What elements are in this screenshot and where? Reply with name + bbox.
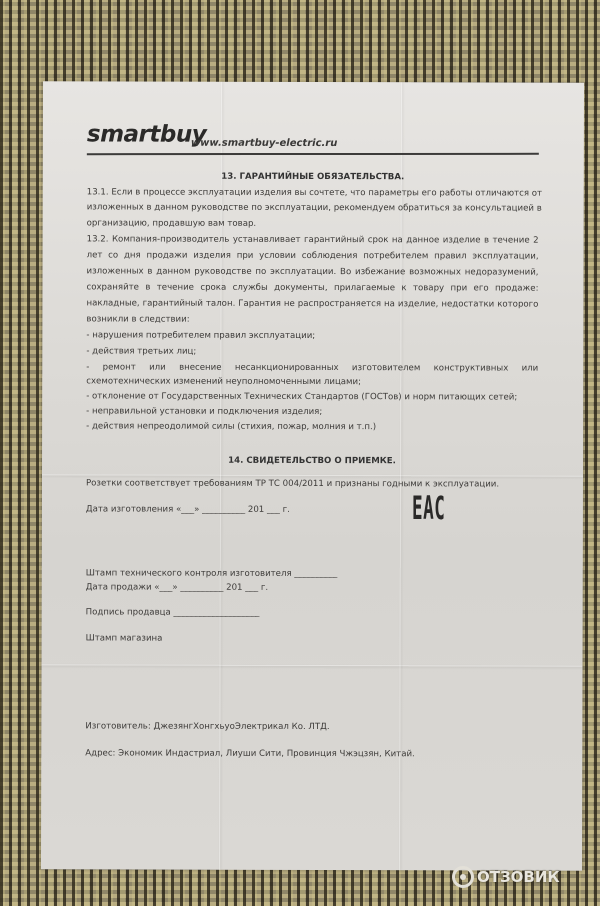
seller-signature-field: Подпись продавца ____________________ <box>86 607 538 618</box>
paper-fold <box>42 474 583 476</box>
manufacturer-address: Адрес: Экономик Индастриал, Лиуши Сити, … <box>85 748 537 759</box>
text-line: - действия непреодолимой силы (стихия, п… <box>86 421 538 432</box>
text-line: - действия третьих лиц; <box>86 346 538 357</box>
text-line: - неправильной установки и подключения и… <box>86 406 538 417</box>
manufacturer-info: Изготовитель: ДжезянгХонгхьуоЭлектрикал … <box>85 721 537 732</box>
brand-website: www.smartbuy-electric.ru <box>191 138 338 149</box>
text-line: 13.2. Компания-производитель устанавлива… <box>87 234 539 245</box>
text-line: возникли в следствии: <box>86 314 538 325</box>
document-content: smartbuy www.smartbuy-electric.ru 13. ГА… <box>87 121 539 122</box>
header-rule <box>87 153 539 155</box>
text-line: накладные, гарантийный талон. Гарантия н… <box>86 298 538 309</box>
section-14-title: 14. СВИДЕТЕЛЬСТВО О ПРИЕМКЕ. <box>86 455 538 466</box>
paper-fold <box>42 664 583 666</box>
brand-logo: smartbuy <box>87 121 206 147</box>
text-line: схемотехнических изменений неуполномочен… <box>86 376 538 387</box>
shop-stamp-field: Штамп магазина <box>86 633 538 644</box>
otzovik-logo-icon <box>452 866 474 888</box>
text-line: изложенных в данном руководстве по экспл… <box>87 266 539 277</box>
warranty-document-sheet: smartbuy www.smartbuy-electric.ru 13. ГА… <box>41 81 584 870</box>
text-line: изложенных в данном руководстве по экспл… <box>87 202 539 213</box>
eac-certification-mark: EAC <box>412 489 445 527</box>
text-line: - ремонт или внесение несанкционированны… <box>86 362 538 373</box>
otzovik-watermark: ОТЗОВИК <box>452 866 560 888</box>
sale-date-field: Дата продажи «___» __________ 201 ___ г. <box>86 582 538 593</box>
manufacture-date-field: Дата изготовления «___» __________ 201 _… <box>86 504 538 515</box>
text-line: организацию, продавшую вам товар. <box>87 218 539 229</box>
text-line: - отклонение от Государственных Техничес… <box>86 391 538 402</box>
conformity-statement: Розетки соответствует требованиям ТР ТС … <box>86 478 538 489</box>
text-line: 13.1. Если в процессе эксплуатации издел… <box>87 187 539 198</box>
qc-stamp-field: Штамп технического контроля изготовителя… <box>86 568 538 579</box>
section-13-title: 13. ГАРАНТИЙНЫЕ ОБЯЗАТЕЛЬСТВА. <box>87 171 539 182</box>
text-line: сохраняйте в течение срока службы докуме… <box>86 282 538 293</box>
text-line: лет со дня продажи изделия при условии с… <box>87 250 539 261</box>
text-line: - нарушения потребителем правил эксплуат… <box>86 330 538 341</box>
watermark-label: ОТЗОВИК <box>477 868 560 886</box>
